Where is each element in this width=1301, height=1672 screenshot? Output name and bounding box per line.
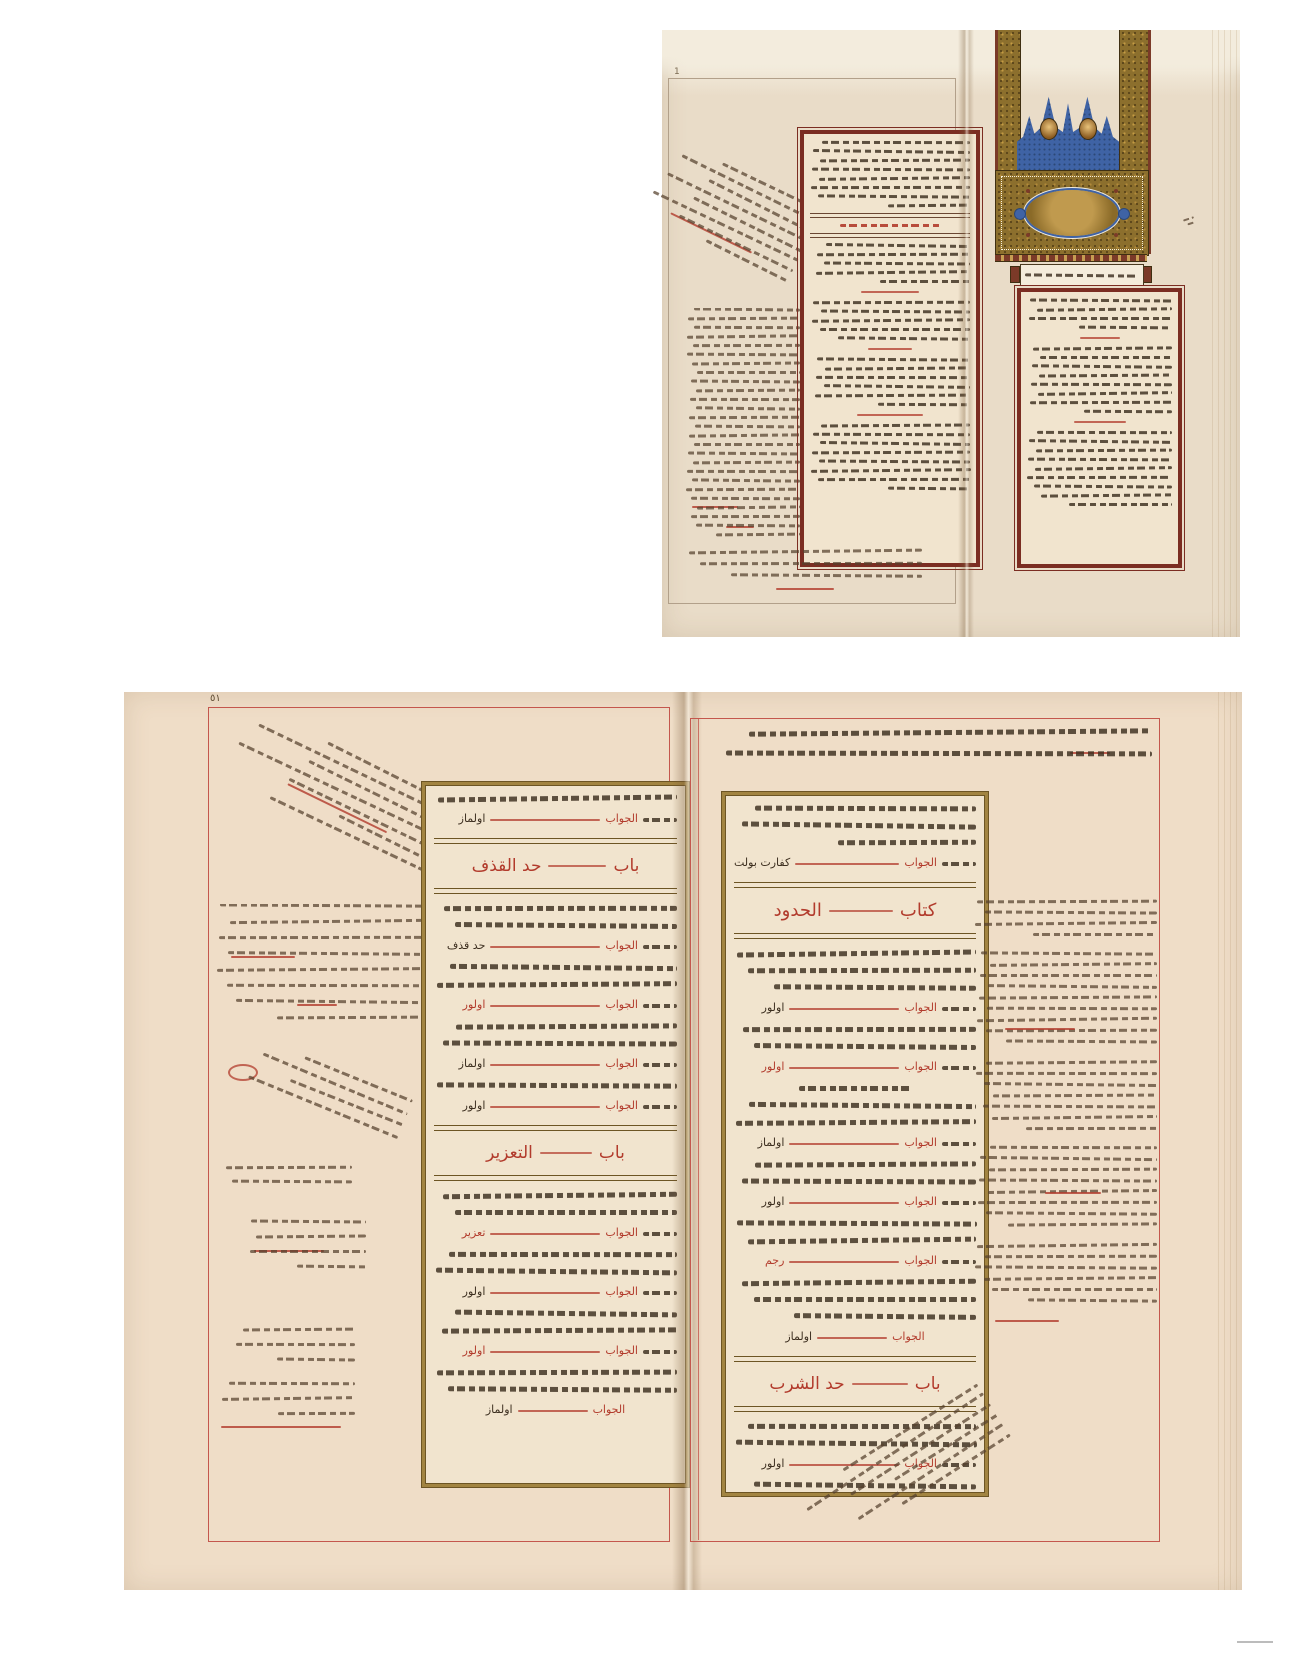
script-line-sim [838, 336, 970, 340]
script-line-sim [820, 159, 970, 163]
margin-note-block [217, 904, 422, 1038]
script-line-sim [1028, 458, 1172, 462]
answer-marker-aljawab: الجواب [605, 999, 638, 1011]
script-line-sim [229, 1382, 355, 1385]
script-line-sim [1034, 484, 1172, 488]
answer-marker-aljawab: الجواب [605, 940, 638, 952]
script-line-sim [449, 1252, 677, 1257]
script-line-sim [742, 1179, 976, 1185]
book-heading-hudud: كتاب الحدود [734, 900, 976, 921]
answer-word: اولور [762, 1002, 785, 1014]
script-line-sim [219, 936, 422, 939]
answer-word: اولماز [459, 813, 486, 825]
script-line-sim [226, 1166, 352, 1169]
script-line-sim [1031, 383, 1172, 387]
answer-marker-aljawab: الجواب [904, 1255, 937, 1267]
script-line-sim [278, 1412, 355, 1415]
script-line-sim [818, 194, 970, 198]
script-line-sim [232, 1180, 352, 1184]
margin-gloss-column [686, 308, 800, 548]
script-line-sim [693, 344, 800, 347]
script-line-sim [691, 515, 800, 518]
rubric-tail [829, 910, 893, 912]
script-line-sim [222, 1396, 355, 1401]
answer-marker-aljawab: الجواب [593, 1404, 626, 1416]
margin-gloss-column [975, 900, 1157, 1466]
script-line-sim [748, 968, 976, 974]
red-frame-inner-line [698, 718, 699, 1540]
section-rule [734, 1356, 976, 1362]
script-line-sim [813, 301, 970, 304]
script-line-sim [755, 1161, 976, 1167]
fatwa-answer-row: الجواب اولماز [434, 1058, 677, 1071]
heading-text: التعزير [486, 1143, 533, 1163]
answer-extension-dash [789, 1008, 899, 1010]
script-line-sim [817, 357, 970, 361]
text-section [434, 1024, 677, 1046]
script-line-sim [1030, 401, 1172, 405]
fatwa-answer-row: الجواب اولور [434, 999, 677, 1012]
answer-extension-dash [789, 1143, 899, 1145]
maroon-dot [1114, 233, 1118, 237]
script-line-sim [442, 1327, 677, 1333]
red-dash [861, 291, 919, 293]
heading-text: الحدود [774, 900, 822, 921]
script-line-sim [443, 1192, 677, 1199]
section-rule [434, 1175, 677, 1181]
answer-marker-aljawab: الجواب [904, 857, 937, 869]
script-line-sim [251, 1220, 366, 1224]
script-line-sim [217, 967, 422, 972]
margin-note-block [246, 1220, 366, 1296]
hudud-recto-page: الجواب كفارت بولت كتاب الحدود الجواب اول… [684, 692, 1242, 1590]
hudud-verso-page: ٥١ [124, 692, 680, 1590]
plate-corner-rule [1237, 1641, 1273, 1643]
script-line-sim [1025, 273, 1138, 277]
script-line-sim [455, 1310, 677, 1318]
script-line-sim [444, 906, 677, 911]
script-line-sim [821, 423, 970, 427]
script-line-sim [696, 389, 800, 393]
medallion-blue-tip [1118, 208, 1130, 220]
answer-marker-aljawab: الجواب [605, 1227, 638, 1239]
answer-marker-aljawab: الجواب [904, 1137, 937, 1149]
script-line-sim [985, 910, 1157, 914]
script-line-sim [1026, 1127, 1157, 1130]
script-line-sim [989, 1168, 1157, 1172]
script-line-sim [818, 478, 970, 481]
answer-extension-dash [490, 946, 600, 948]
script-line-sim [985, 1255, 1157, 1259]
red-dash [1074, 421, 1126, 423]
script-line-sim [1032, 364, 1172, 369]
script-line-sim [977, 1017, 1157, 1023]
text-section [434, 1193, 677, 1215]
script-line-sim [748, 1237, 976, 1245]
text-section [734, 951, 976, 990]
fatwa-answer-row: الجواب اولماز [434, 813, 677, 826]
answer-extension-dash [490, 1292, 600, 1294]
chapter-heading-shurb: باب حد الشرب [734, 1374, 976, 1394]
kitab-word: كتاب [900, 900, 936, 921]
section-rule [734, 882, 976, 888]
script-line-sim [688, 317, 800, 321]
script-line-sim [236, 1343, 355, 1346]
script-line-sim [1008, 1222, 1157, 1226]
red-dash [1080, 337, 1120, 339]
script-line-sim [1037, 431, 1172, 434]
script-line-sim [979, 1178, 1157, 1182]
crown-dome-medallion [1079, 118, 1097, 140]
photo-hudud-opening: ٥١ [124, 692, 1242, 1590]
fatwa-answer-row: الجواب حد قذف [434, 940, 677, 953]
script-line-sim [1040, 356, 1172, 359]
text-section [734, 1103, 976, 1125]
answer-word: اولماز [459, 1058, 486, 1070]
bab-word: باب [613, 856, 639, 876]
script-line-sim [696, 406, 800, 410]
red-underline [776, 588, 834, 590]
script-line-sim [697, 371, 800, 374]
script-line-sim [227, 984, 422, 987]
script-line-sim [978, 1201, 1157, 1204]
script-line-sim [977, 900, 1157, 904]
fatwa-answer-row: الجواب اولور [434, 1345, 677, 1358]
answer-extension-dash [490, 1233, 600, 1235]
script-line-sim [984, 1082, 1157, 1087]
script-line-sim [812, 318, 970, 323]
fatwa-answer-row: الجواب اولماز [434, 1404, 677, 1417]
margin-paragraph [975, 1244, 1157, 1302]
rubric-tail [540, 1152, 592, 1154]
section-rule [434, 1125, 677, 1131]
script-line-sim [824, 262, 970, 266]
script-line-sim [443, 1040, 677, 1046]
margin-paragraph [975, 900, 1157, 936]
text-section [434, 796, 677, 801]
answer-word: اولور [762, 1061, 785, 1073]
script-line-sim [737, 949, 976, 957]
script-line-sim [436, 1268, 677, 1276]
verso-text-block [800, 130, 980, 567]
fatwa-answer-row: الجواب اولماز [734, 1137, 976, 1150]
script-line-sim [754, 1043, 976, 1050]
script-stub [942, 1260, 976, 1264]
margin-note-block [235, 1328, 355, 1378]
answer-word: تعزير [462, 1227, 486, 1239]
heading-text: حد الشرب [769, 1374, 844, 1394]
script-line-sim [742, 821, 976, 829]
script-line-sim [456, 1023, 677, 1029]
script-line-sim [1036, 449, 1172, 453]
answer-marker-aljawab: الجواب [904, 1061, 937, 1073]
text-section [434, 965, 677, 987]
script-line-sim [816, 376, 970, 379]
script-line-sim [277, 1016, 422, 1020]
script-line-sim [695, 425, 800, 429]
script-line-sim [437, 794, 677, 802]
chapter-heading-tazir: باب التعزير [434, 1143, 677, 1163]
script-stub [942, 862, 976, 866]
red-underline [995, 1320, 1059, 1322]
answer-marker-aljawab: الجواب [904, 1002, 937, 1014]
answer-extension-dash [789, 1202, 899, 1204]
fatwa-answer-row: الجواب اولور [734, 1196, 976, 1209]
script-line-sim [1033, 933, 1157, 936]
text-section [734, 1162, 976, 1184]
answer-word: اولور [463, 1100, 486, 1112]
headpiece-separator-band [995, 254, 1147, 262]
script-line-sim [437, 981, 678, 988]
answer-word: اولور [762, 1196, 785, 1208]
answer-extension-dash [789, 1261, 899, 1263]
script-line-sim [448, 1386, 677, 1393]
script-line-sim [700, 562, 922, 565]
red-underline [231, 956, 295, 958]
gutter-crease [958, 30, 974, 637]
script-line-sim [687, 470, 800, 473]
script-line-sim [690, 398, 800, 401]
pencil-mark [1182, 216, 1196, 227]
script-stub [942, 1066, 976, 1070]
text-section [810, 141, 970, 207]
colophon-lines [684, 550, 922, 596]
catalogue-page: 1 [0, 0, 1301, 1672]
script-line-sim [812, 168, 970, 172]
script-line-sim [1035, 466, 1172, 471]
text-section [734, 1027, 976, 1049]
rubric-tail [548, 865, 606, 867]
margin-paragraph [975, 1061, 1157, 1130]
red-response-dash-row [810, 346, 970, 352]
script-line-sim [277, 1358, 355, 1362]
script-line-sim [742, 1279, 976, 1287]
script-line-sim [878, 403, 970, 406]
script-line-sim [743, 1027, 976, 1032]
text-section [1027, 299, 1172, 329]
script-line-sim [816, 270, 970, 275]
leaf-number-mark: 1 [674, 68, 680, 77]
heading-text: حد القذف [472, 856, 542, 876]
script-line-sim [694, 308, 800, 312]
script-line-sim [819, 176, 970, 181]
script-line-sim [749, 728, 1152, 736]
answer-marker-aljawab: الجواب [605, 1058, 638, 1070]
script-line-sim [993, 1094, 1157, 1098]
script-line-sim [822, 141, 970, 144]
script-line-sim [1038, 391, 1172, 396]
fatwa-answer-row: الجواب اولور [734, 1002, 976, 1015]
script-line-sim [455, 1210, 677, 1215]
script-line-sim [688, 451, 800, 455]
text-section [810, 358, 970, 406]
answer-extension-dash [817, 1337, 887, 1339]
script-line-sim [691, 497, 800, 501]
bab-word: باب [915, 1374, 941, 1394]
section-rule [810, 233, 970, 238]
answer-word: اولماز [785, 1331, 812, 1343]
medallion-blue-tip [1014, 208, 1026, 220]
answer-extension-dash [518, 1410, 588, 1412]
script-line-sim [716, 533, 800, 537]
script-line-sim [981, 951, 1157, 955]
red-dash [857, 414, 923, 416]
script-line-sim [819, 460, 970, 464]
script-line-sim [1030, 299, 1172, 303]
page-fore-edge [1212, 30, 1240, 637]
script-line-sim [975, 1265, 1157, 1269]
recto-text-block [1017, 288, 1182, 568]
central-medallion [1026, 190, 1118, 236]
script-line-sim [975, 921, 1157, 926]
script-line-sim [838, 840, 976, 846]
red-response-dash-row [810, 412, 970, 418]
answer-marker-aljawab: الجواب [605, 1100, 638, 1112]
script-line-sim [813, 433, 970, 436]
script-line-sim [694, 443, 800, 446]
script-line-sim [754, 1297, 976, 1302]
answer-word: اولور [762, 1458, 785, 1470]
answer-extension-dash [490, 1106, 600, 1108]
script-line-sim [986, 1211, 1157, 1216]
answer-word: اولماز [758, 1137, 785, 1149]
script-line-sim [880, 280, 970, 283]
script-line-sim [693, 461, 800, 465]
text-section [1027, 431, 1172, 506]
script-line-sim [297, 1265, 366, 1269]
answer-word: اولور [463, 1345, 486, 1357]
text-section [1027, 347, 1172, 413]
red-response-dash-row [1027, 335, 1172, 341]
margin-note-block [217, 1382, 355, 1430]
script-line-sim [979, 995, 1157, 999]
script-line-sim [824, 384, 970, 389]
script-line-sim [1037, 307, 1172, 312]
answer-marker-aljawab: الجواب [892, 1331, 925, 1343]
script-line-sim [1069, 503, 1172, 506]
section-rule [434, 888, 677, 894]
fatwa-answer-row: الجواب اولور [434, 1100, 677, 1113]
script-line-sim [450, 964, 677, 971]
headpiece-gold-panel [995, 170, 1149, 256]
centered-short-line [799, 1086, 910, 1091]
answer-word: اولماز [486, 1404, 513, 1416]
script-line-sim [736, 1119, 976, 1126]
script-line-sim [230, 919, 422, 924]
verso-gold-text-block: الجواب اولماز باب حد القذف الجواب حد قذف [425, 785, 686, 1484]
script-line-sim [820, 441, 970, 446]
frontispiece-recto-page [974, 30, 1240, 637]
script-line-sim [687, 334, 800, 338]
script-line-sim [983, 1105, 1157, 1109]
script-line-sim [755, 806, 976, 812]
script-line-sim [815, 394, 970, 398]
answer-extension-dash [490, 1005, 600, 1007]
photo-frontispiece-opening: 1 [662, 30, 1240, 637]
script-line-sim [794, 1313, 976, 1320]
maroon-dot [1026, 233, 1030, 237]
text-section [734, 1280, 976, 1319]
script-line-sim [692, 361, 800, 365]
script-line-sim [697, 505, 800, 509]
script-line-sim [691, 379, 800, 383]
script-line-sim [736, 1220, 976, 1226]
script-line-sim [726, 751, 1152, 757]
folio-number-mark: ٥١ [210, 694, 221, 704]
section-rule [434, 838, 677, 844]
script-line-sim [1028, 1298, 1157, 1302]
script-line-sim [984, 1276, 1157, 1281]
script-line-sim [987, 1007, 1157, 1011]
red-underline [221, 1426, 341, 1428]
script-line-sim [692, 478, 800, 482]
margin-paragraph [975, 1146, 1157, 1226]
red-underline [297, 1004, 337, 1006]
frontispiece-verso-page: 1 [662, 30, 960, 637]
red-dash [868, 348, 912, 350]
script-line-sim [256, 1234, 366, 1238]
answer-extension-dash [795, 863, 899, 865]
fatwa-answer-row: الجواب اولور [434, 1286, 677, 1299]
red-response-dash-row [810, 289, 970, 295]
script-stub [942, 1201, 976, 1205]
script-line-sim [992, 1115, 1158, 1120]
margin-note-small [224, 1166, 352, 1198]
script-line-sim [813, 149, 970, 154]
script-line-sim [980, 974, 1157, 977]
section-rule [810, 213, 970, 218]
script-line-sim [810, 468, 970, 473]
script-line-sim [817, 253, 970, 257]
script-line-sim [990, 962, 1157, 967]
answer-word: كفارت بولت [734, 857, 790, 869]
script-line-sim [820, 328, 970, 331]
answer-word: رجم [765, 1255, 784, 1267]
text-section [734, 1221, 976, 1243]
script-line-sim [1041, 493, 1172, 497]
text-section [810, 244, 970, 283]
script-stub [942, 1007, 976, 1011]
fatwa-answer-row: الجواب رجم [734, 1255, 976, 1268]
headpiece-crown-finials [1017, 92, 1119, 172]
fatwa-answer-row: الجواب تعزير [434, 1227, 677, 1240]
answer-extension-dash [490, 1064, 600, 1066]
script-line-sim [977, 1243, 1158, 1248]
script-line-sim [1079, 326, 1172, 330]
red-response-dash-row [1027, 419, 1172, 425]
red-underline [1005, 1028, 1075, 1030]
script-line-sim [774, 984, 976, 991]
text-section [434, 906, 677, 928]
script-line-sim [437, 1082, 677, 1088]
text-section [810, 301, 970, 340]
answer-extension-dash [490, 1351, 600, 1353]
text-section [434, 1083, 677, 1088]
script-line-sim [749, 1102, 976, 1109]
script-line-sim [686, 488, 800, 492]
chapter-heading-qadhf: باب حد القذف [434, 856, 677, 876]
script-line-sim [980, 1156, 1157, 1161]
unwan-title-cartouche [1020, 264, 1144, 286]
script-line-sim [694, 326, 800, 329]
script-line-sim [1033, 346, 1172, 350]
script-line-sim [1027, 476, 1172, 479]
script-line-sim [696, 524, 800, 528]
script-line-sim [821, 309, 970, 313]
page-fore-edge [1218, 692, 1242, 1590]
bab-word: باب [599, 1143, 625, 1163]
text-section [434, 1252, 677, 1274]
